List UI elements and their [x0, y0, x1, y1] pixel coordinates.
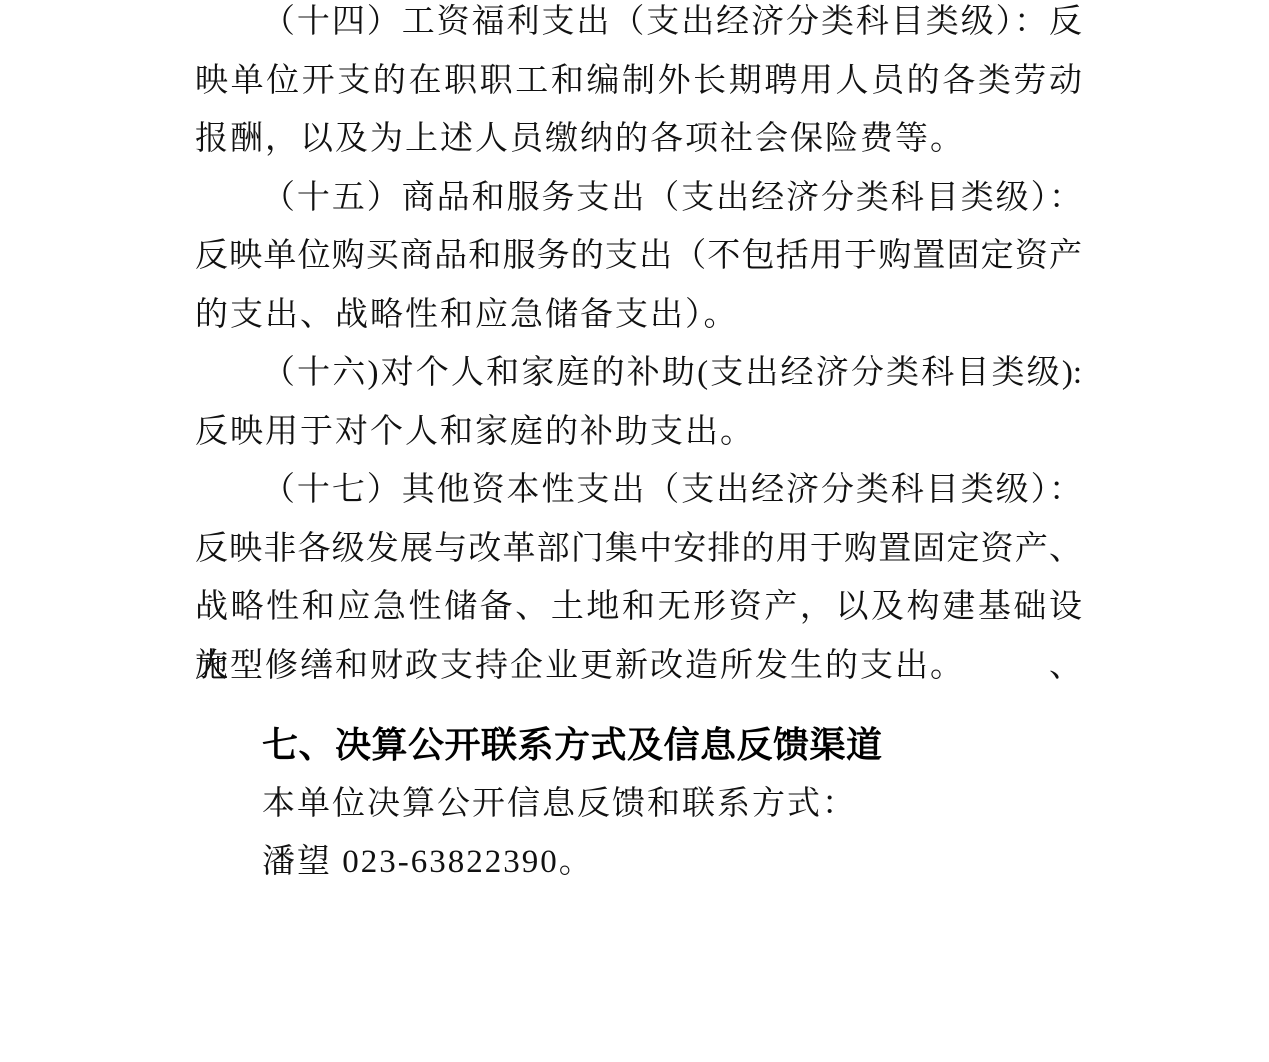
item-15-goods-services-expenditure-line-2: 反映单位购买商品和服务的支出（不包括用于购置固定资产: [195, 227, 1082, 286]
contact-feedback-intro-line-1: 本单位决算公开信息反馈和联系方式：: [195, 775, 1082, 834]
item-17-other-capital-expenditure-line-3: 战略性和应急性储备、土地和无形资产，以及构建基础设施、: [195, 578, 1082, 637]
item-17-other-capital-expenditure-line-4: 大型修缮和财政支持企业更新改造所发生的支出。: [195, 637, 1082, 696]
item-17-other-capital-expenditure-line-1: （十七）其他资本性支出（支出经济分类科目类级）：: [195, 461, 1082, 520]
item-14-wage-welfare-expenditure-line-1: （十四）工资福利支出（支出经济分类科目类级）：反: [195, 0, 1082, 52]
item-15-goods-services-expenditure-line-3: 的支出、战略性和应急储备支出）。: [195, 286, 1082, 345]
item-16-subsidies-individuals-families-line-1: （十六)对个人和家庭的补助(支出经济分类科目类级):: [195, 344, 1082, 403]
item-14-wage-welfare-expenditure-line-3: 报酬，以及为上述人员缴纳的各项社会保险费等。: [195, 110, 1082, 169]
item-14-wage-welfare-expenditure-line-2: 映单位开支的在职职工和编制外长期聘用人员的各类劳动: [195, 52, 1082, 111]
item-15-goods-services-expenditure-line-1: （十五）商品和服务支出（支出经济分类科目类级）：: [195, 169, 1082, 228]
contact-person-phone-line-1: 潘望 023-63822390。: [195, 833, 1082, 892]
document-page: （十四）工资福利支出（支出经济分类科目类级）：反映单位开支的在职职工和编制外长期…: [0, 0, 1269, 1062]
section-7-heading-line-1: 七、决算公开联系方式及信息反馈渠道: [195, 716, 1082, 775]
text-block: （十四）工资福利支出（支出经济分类科目类级）：反映单位开支的在职职工和编制外长期…: [195, 0, 1082, 892]
item-16-subsidies-individuals-families-line-2: 反映用于对个人和家庭的补助支出。: [195, 403, 1082, 462]
item-17-other-capital-expenditure-line-2: 反映非各级发展与改革部门集中安排的用于购置固定资产、: [195, 520, 1082, 579]
